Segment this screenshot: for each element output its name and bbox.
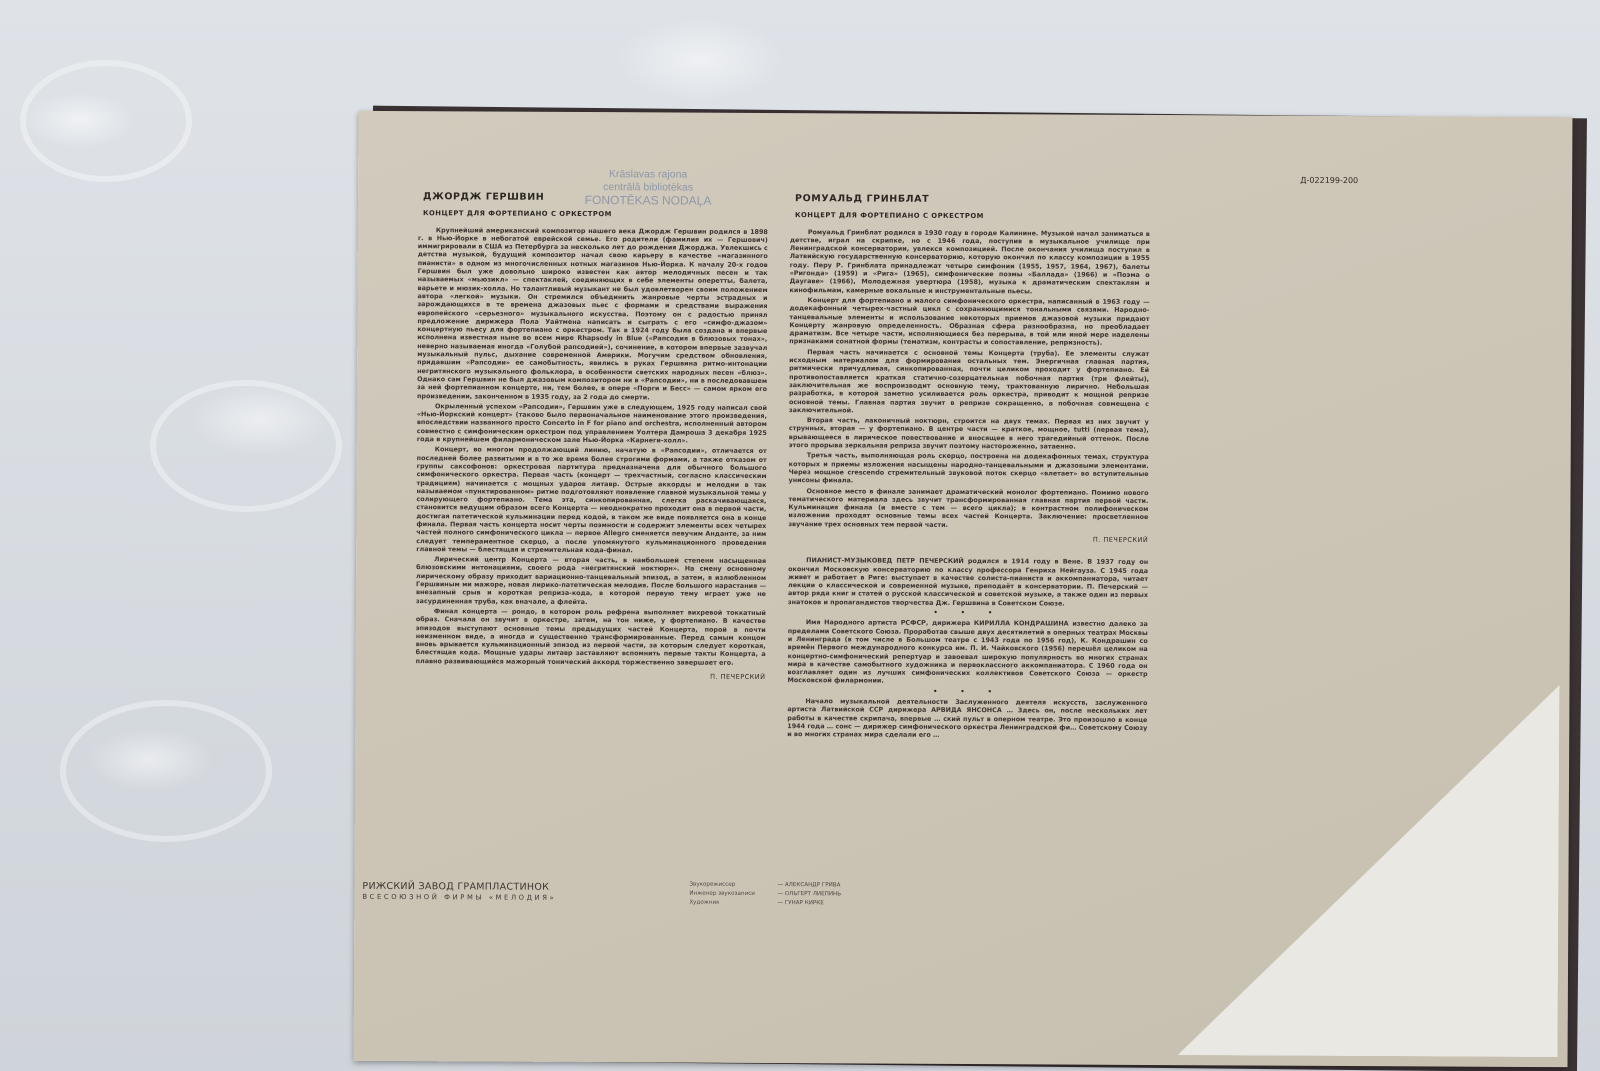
notes-paragraph: Третья часть, выполняющая роль скерцо, п… xyxy=(789,451,1149,486)
credit-name: — ОЛЬГЕРТ ЛИЕПИНЬ xyxy=(777,890,841,899)
work-title: КОНЦЕРТ ДЛЯ ФОРТЕПИАНО С ОРКЕСТРОМ xyxy=(423,209,768,219)
catalog-number: Д-022199-200 xyxy=(1300,176,1358,185)
tablecloth-pattern xyxy=(20,60,192,182)
notes-paragraph: Концерт, во многом продолжающий линию, н… xyxy=(416,445,767,555)
work-title: КОНЦЕРТ ДЛЯ ФОРТЕПИАНО С ОРКЕСТРОМ xyxy=(795,211,1150,221)
notes-paragraph: Финал концерта — рондо, в котором роль р… xyxy=(416,607,766,667)
notes-paragraph: Основное место в финале занимает драмати… xyxy=(788,487,1148,530)
record-sleeve-back: Krāslavas rajona centrālā bibliotēkas FO… xyxy=(354,111,1573,1067)
factory-imprint: РИЖСКИЙ ЗАВОД ГРАМПЛАСТИНОК ВСЕСОЮЗНОЙ Ф… xyxy=(362,881,556,902)
credit-name: — ГУНАР КИРКЕ xyxy=(777,899,823,908)
gershwin-notes: ДЖОРДЖ ГЕРШВИН КОНЦЕРТ ДЛЯ ФОРТЕПИАНО С … xyxy=(415,193,768,695)
production-credits: Звукорежиссер — АЛЕКСАНДР ГРИВА Инженер … xyxy=(689,881,841,909)
author-signature: П. ПЕЧЕРСКИЙ xyxy=(416,671,766,681)
author-signature: П. ПЕЧЕРСКИЙ xyxy=(788,534,1148,544)
credit-role: Инженер звукозаписи xyxy=(689,890,777,899)
notes-paragraph: Первая часть начинается с основной темы … xyxy=(789,348,1149,416)
composer-title: РОМУАЛЬД ГРИНБЛАТ xyxy=(795,195,1150,205)
notes-paragraph: Крупнейший американский композитор нашег… xyxy=(417,226,768,402)
grinblat-notes: РОМУАЛЬД ГРИНБЛАТ КОНЦЕРТ ДЛЯ ФОРТЕПИАНО… xyxy=(787,195,1150,742)
factory-name: РИЖСКИЙ ЗАВОД ГРАМПЛАСТИНОК xyxy=(362,881,556,893)
notes-paragraph: Ромуальд Гринблат родился в 1930 году в … xyxy=(790,228,1150,296)
separator-dots: • • • xyxy=(788,608,1148,618)
credit-role: Художник xyxy=(689,899,777,908)
credit-role: Звукорежиссер xyxy=(689,881,777,890)
notes-paragraph: Вторая часть, лаконичный ноктюрн, строит… xyxy=(789,416,1149,451)
separator-dots: • • • xyxy=(787,687,1147,697)
bio-paragraph: Имя Народного артиста РСФСР, дирижера КИ… xyxy=(787,618,1147,686)
factory-subtitle: ВСЕСОЮЗНОЙ ФИРМЫ «МЕЛОДИЯ» xyxy=(362,893,556,902)
notes-paragraph: Лирический центр Концерта — вторая часть… xyxy=(416,555,766,607)
bio-paragraph: ПИАНИСТ-МУЗЫКОВЕД ПЕТР ПЕЧЕРСКИЙ родился… xyxy=(788,556,1148,608)
stamp-line: Krāslavas rajona xyxy=(578,168,718,182)
notes-paragraph: Окрыленный успехом «Рапсодии», Гершвин у… xyxy=(417,402,767,445)
bio-paragraph: Начало музыкальной деятельности Заслужен… xyxy=(787,697,1147,740)
credit-name: — АЛЕКСАНДР ГРИВА xyxy=(777,881,840,890)
composer-title: ДЖОРДЖ ГЕРШВИН xyxy=(423,193,768,203)
corner-label-sticker xyxy=(1178,683,1560,1057)
notes-paragraph: Концерт для фортепиано и малого симфонич… xyxy=(789,296,1149,348)
credit-row: Художник — ГУНАР КИРКЕ xyxy=(689,899,841,909)
tablecloth-pattern xyxy=(150,380,342,512)
tablecloth-pattern xyxy=(60,700,272,842)
